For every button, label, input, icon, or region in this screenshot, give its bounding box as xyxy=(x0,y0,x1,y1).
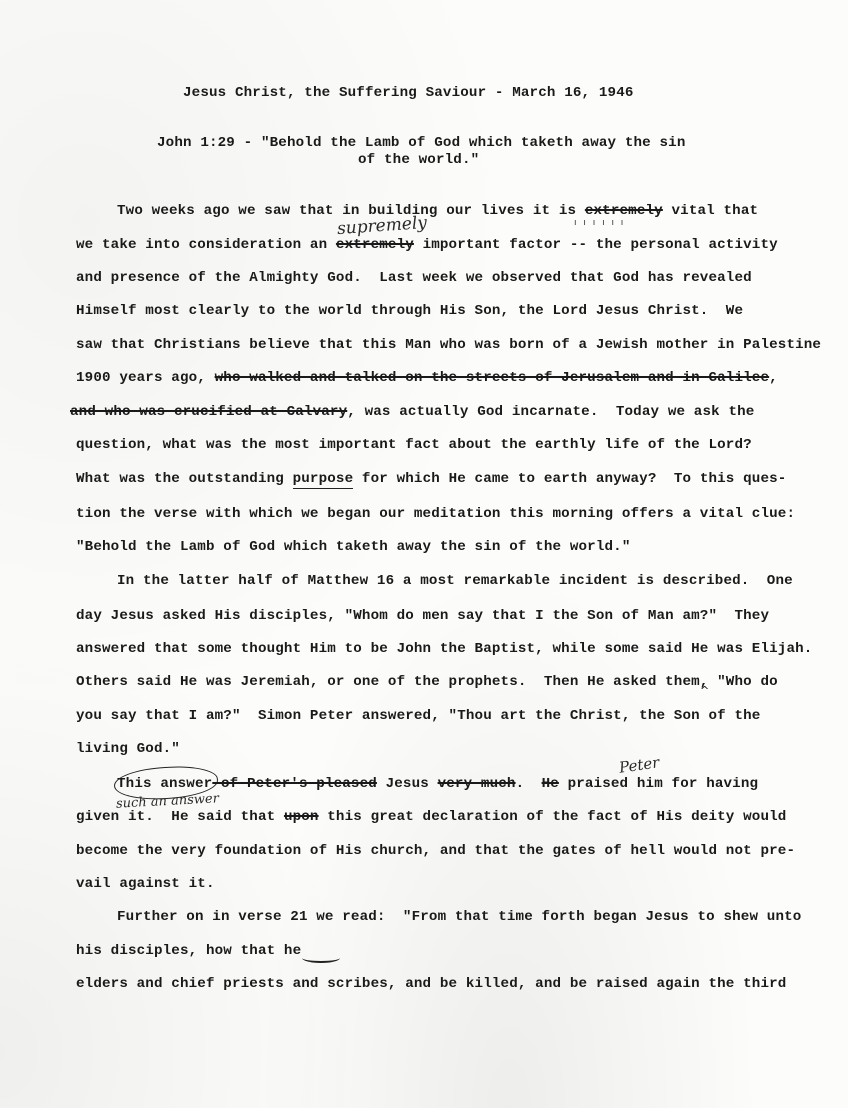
text-segment: praised him for having xyxy=(559,776,758,792)
text-line: Others said He was Jeremiah, or one of t… xyxy=(76,673,778,691)
text-line: Further on in verse 21 we read: "From th… xyxy=(117,908,801,926)
text-line: and who was crucified at Calvary, was ac… xyxy=(70,403,754,421)
text-segment: Jesus xyxy=(377,776,438,792)
text-line: his disciples, how that he xyxy=(76,942,310,960)
text-line: answered that some thought Him to be Joh… xyxy=(76,640,812,658)
text-segment: important factor -- the personal activit… xyxy=(414,237,778,253)
circled-text: This answer xyxy=(117,776,212,792)
text-line: tion the verse with which we began our m… xyxy=(76,505,795,523)
handwritten-underline-mark xyxy=(302,953,340,963)
text-line: This answer of Peter's pleased Jesus ver… xyxy=(117,775,758,793)
stet-marks: ı ı ı ı ı ı xyxy=(574,218,625,228)
text-segment: 1900 years ago, xyxy=(76,370,215,386)
text-line: "Behold the Lamb of God which taketh awa… xyxy=(76,538,631,556)
text-segment: , was actually God incarnate. Today we a… xyxy=(347,404,754,420)
underlined-word: purpose xyxy=(293,471,354,489)
struck-word: extremely xyxy=(336,237,414,253)
text-line: Two weeks ago we saw that in building ou… xyxy=(117,202,758,220)
text-segment: What was the outstanding xyxy=(76,471,293,487)
text-line: we take into consideration an extremely … xyxy=(76,236,778,254)
scripture-verse-line-1: John 1:29 - "Behold the Lamb of God whic… xyxy=(157,134,686,152)
struck-phrase: and who was crucified at Calvary xyxy=(70,404,347,420)
text-line: In the latter half of Matthew 16 a most … xyxy=(117,572,793,590)
document-title: Jesus Christ, the Suffering Saviour - Ma… xyxy=(183,84,634,102)
text-line: day Jesus asked His disciples, "Whom do … xyxy=(76,607,769,625)
text-segment: . xyxy=(516,776,542,792)
text-segment: Two weeks ago we saw that in building ou… xyxy=(117,203,585,219)
text-segment: vital that xyxy=(663,203,758,219)
text-line: become the very foundation of His church… xyxy=(76,842,795,860)
text-line: 1900 years ago, who walked and talked on… xyxy=(76,369,778,387)
struck-phrase: very much xyxy=(438,776,516,792)
struck-word: He xyxy=(542,776,559,792)
text-segment: for which He came to earth anyway? To th… xyxy=(353,471,786,487)
text-segment: given it. He said that xyxy=(76,809,284,825)
text-line: Himself most clearly to the world throug… xyxy=(76,302,743,320)
text-line: given it. He said that upon this great d… xyxy=(76,808,786,826)
text-segment: this great declaration of the fact of Hi… xyxy=(319,809,787,825)
text-line: question, what was the most important fa… xyxy=(76,436,752,454)
text-line: vail against it. xyxy=(76,875,215,893)
text-line: and presence of the Almighty God. Last w… xyxy=(76,269,752,287)
text-segment: , xyxy=(769,370,778,386)
text-line: saw that Christians believe that this Ma… xyxy=(76,336,821,354)
text-segment: we take into consideration an xyxy=(76,237,336,253)
scripture-verse-line-2: of the world." xyxy=(358,151,479,169)
struck-word: extremely xyxy=(585,203,663,219)
struck-phrase: who walked and talked on the streets of … xyxy=(215,370,770,386)
text-line: you say that I am?" Simon Peter answered… xyxy=(76,707,760,725)
text-line: elders and chief priests and scribes, an… xyxy=(76,975,786,993)
text-line: What was the outstanding purpose for whi… xyxy=(76,470,786,488)
insertion-caret: ^ xyxy=(700,684,709,697)
struck-phrase: of Peter's pleased xyxy=(212,776,377,792)
text-line: living God." xyxy=(76,740,180,758)
struck-word: upon xyxy=(284,809,319,825)
